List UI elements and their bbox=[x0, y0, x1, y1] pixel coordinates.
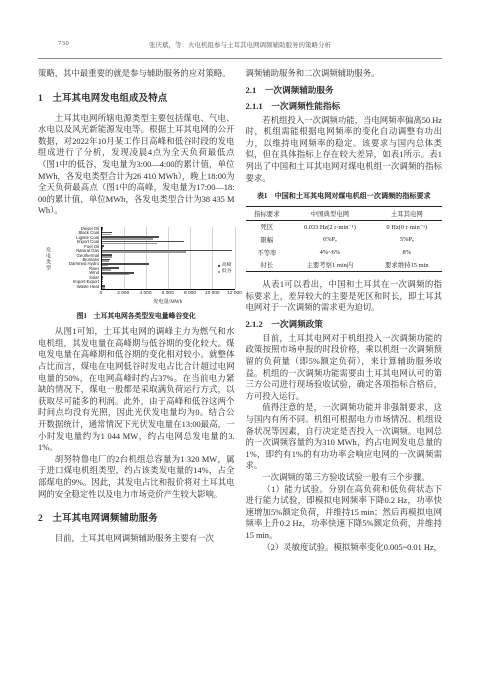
table-row: 时长主要考察1 min内要求维持15 min bbox=[246, 258, 443, 271]
figure1-legend: 高峰低谷 bbox=[218, 263, 232, 275]
table-cell: 4%~6% bbox=[288, 246, 371, 259]
chart-bar-低谷-12 bbox=[102, 283, 103, 285]
table-row: 限幅6%Pₑ5%Pₑ bbox=[246, 233, 443, 246]
paragraph: 若机组投入一次调频功能，当电网频率偏离50 Hz时，机组需能根据电网频率的变化自… bbox=[246, 115, 443, 185]
figure-1: 发电类型 Diesel OilBlack CoalLignite CoalImp… bbox=[38, 227, 235, 320]
x-tick-label: 8 000 bbox=[184, 291, 196, 296]
figure1-x-ticks: 02 0004 0006 0008 00010 00012 000 bbox=[101, 291, 235, 298]
chart-bar-低谷-11 bbox=[102, 278, 103, 280]
page-header: 730 张庆斌，等：火电机组参与土耳其电网调频辅助服务的策略分析 bbox=[38, 40, 442, 52]
chart-bar-高峰-8 bbox=[102, 263, 149, 265]
chart-bar-低谷-9 bbox=[102, 269, 111, 271]
gridline bbox=[212, 227, 213, 289]
table-1: 指标要求中国典型电网土耳其电网死区0.033 Hz(2 r·min⁻¹)0 Hz… bbox=[246, 206, 443, 272]
table1-caption: 表1 中国和土耳其电网对煤电机组一次调频的指标要求 bbox=[254, 191, 435, 202]
x-tick-label: 6 000 bbox=[162, 291, 174, 296]
table-cell: 0 Hz(0 r·min⁻¹) bbox=[372, 220, 442, 233]
chart-bar-低谷-1 bbox=[102, 234, 111, 236]
paragraph: 土耳其电网所辖电源类型主要包括煤电、气电、水电以及风光新能源发电等。根据土耳其电… bbox=[38, 113, 235, 217]
running-title: 张庆斌，等：火电机组参与土耳其电网调频辅助服务的策略分析 bbox=[38, 40, 442, 49]
table-cell: 8% bbox=[372, 246, 442, 259]
x-tick-label: 4 000 bbox=[139, 291, 151, 296]
table-cell: 5%Pₑ bbox=[372, 233, 442, 246]
table-cell: 0.033 Hz(2 r·min⁻¹) bbox=[288, 220, 371, 233]
section-1-heading: 1 土耳其电网发电组成及特点 bbox=[38, 90, 235, 104]
chart-bar-低谷-2 bbox=[102, 238, 153, 240]
table-header-cell: 指标要求 bbox=[246, 206, 289, 220]
x-tick-label: 12 000 bbox=[227, 291, 242, 296]
header-rule bbox=[38, 58, 442, 59]
table-cell: 死区 bbox=[246, 220, 289, 233]
paragraph: 策略，其中最重要的就是参与辅助服务的应对策略。 bbox=[38, 68, 235, 80]
figure1-x-axis-title: 发电量/MWh bbox=[101, 298, 235, 305]
section-2-1-2-heading: 2.1.2 一次调频政策 bbox=[246, 318, 443, 330]
paper-page: 730 张庆斌，等：火电机组参与土耳其电网调频辅助服务的策略分析 策略，其中最重… bbox=[0, 0, 480, 673]
chart-bar-低谷-5 bbox=[102, 251, 186, 253]
paragraph: 值得注意的是，一次调频功能并非强制要求，这与国内有所不同。机组可根据电力市场情况… bbox=[246, 402, 443, 472]
paragraph: 胡努特鲁电厂的2台机组总容量为1 320 MW，属于进口煤电机组类型，约占该类发… bbox=[38, 454, 235, 500]
legend-swatch bbox=[218, 271, 221, 274]
table-cell: 限幅 bbox=[246, 233, 289, 246]
paragraph: 目前，土耳其电网调频辅助服务主要有一次 bbox=[38, 533, 235, 545]
section-2-1-1-heading: 2.1.1 一次调频性能指标 bbox=[246, 100, 443, 112]
table-cell: 时长 bbox=[246, 258, 289, 271]
legend-swatch bbox=[218, 265, 221, 268]
chart-bar-低谷-0 bbox=[102, 229, 103, 231]
figure1-chart: 发电类型 Diesel OilBlack CoalLignite CoalImp… bbox=[44, 227, 235, 290]
table-cell: 不等率 bbox=[246, 246, 289, 259]
paragraph: 目前，土耳其电网对于机组投入一次调频功能的政策按照市场申报的时段价格，乘以机组一… bbox=[246, 333, 443, 403]
paragraph: （1）能力试验。分别在高负荷和低负荷状态下进行能力试验，即模拟电网频率下降0.2… bbox=[246, 484, 443, 542]
table-row: 死区0.033 Hz(2 r·min⁻¹)0 Hz(0 r·min⁻¹) bbox=[246, 220, 443, 233]
table-cell: 6%Pₑ bbox=[288, 233, 371, 246]
paragraph: （2）灵敏度试验。模拟频率变化0.005~0.01 Hz， bbox=[246, 542, 443, 554]
right-column: 调频辅助服务和二次调频辅助服务。 2.1 一次调频辅助服务 2.1.1 一次调频… bbox=[246, 68, 443, 553]
figure1-y-axis-title: 发电类型 bbox=[44, 227, 51, 290]
chart-bar-低谷-13 bbox=[102, 287, 105, 289]
figure1-plot: 高峰低谷 bbox=[101, 227, 235, 290]
two-column-body: 策略，其中最重要的就是参与辅助服务的应对策略。 1 土耳其电网发电组成及特点 土… bbox=[38, 68, 442, 553]
legend-item: 低谷 bbox=[218, 269, 232, 275]
gridline bbox=[190, 227, 191, 289]
table-header-cell: 中国典型电网 bbox=[288, 206, 371, 220]
figure1-category-labels: Diesel OilBlack CoalLignite CoalImport C… bbox=[51, 227, 101, 290]
chart-bar-低谷-10 bbox=[102, 274, 129, 276]
gridline bbox=[235, 227, 236, 289]
gridline bbox=[168, 227, 169, 289]
paragraph: 从表1可以看出，中国和土耳其在一次调频的指标要求上，差异较大的主要是死区和时长，… bbox=[246, 279, 443, 314]
table-cell: 要求维持15 min bbox=[372, 258, 442, 271]
chart-bar-低谷-7 bbox=[102, 260, 109, 262]
table-cell: 主要考察1 min内 bbox=[288, 258, 371, 271]
paragraph: 调频辅助服务和二次调频辅助服务。 bbox=[246, 68, 443, 80]
chart-bar-低谷-6 bbox=[102, 256, 112, 258]
x-tick-label: 0 bbox=[100, 291, 103, 296]
category-label: Waste Heat bbox=[51, 285, 101, 289]
table-header-cell: 土耳其电网 bbox=[372, 206, 442, 220]
paragraph: 从图1可知，土耳其电网的调峰主力为燃气和水电机组，其发电量在高峰期与低谷期的变化… bbox=[38, 326, 235, 454]
paragraph: 一次调频的第三方验收试验一般有三个步骤。 bbox=[246, 472, 443, 484]
chart-bar-低谷-8 bbox=[102, 265, 108, 267]
section-2-1-heading: 2.1 一次调频辅助服务 bbox=[246, 84, 443, 96]
legend-label: 低谷 bbox=[222, 269, 232, 275]
table-row: 不等率4%~6%8% bbox=[246, 246, 443, 259]
x-tick-label: 2 000 bbox=[117, 291, 129, 296]
chart-bar-低谷-3 bbox=[102, 243, 157, 245]
x-tick-label: 10 000 bbox=[205, 291, 220, 296]
section-2-heading: 2 土耳其电网调频辅助服务 bbox=[38, 510, 235, 524]
figure1-caption: 图1 土耳其电网各类型发电量峰谷变化 bbox=[38, 310, 235, 320]
left-column: 策略，其中最重要的就是参与辅助服务的应对策略。 1 土耳其电网发电组成及特点 土… bbox=[38, 68, 235, 553]
chart-bar-低谷-4 bbox=[102, 247, 103, 249]
